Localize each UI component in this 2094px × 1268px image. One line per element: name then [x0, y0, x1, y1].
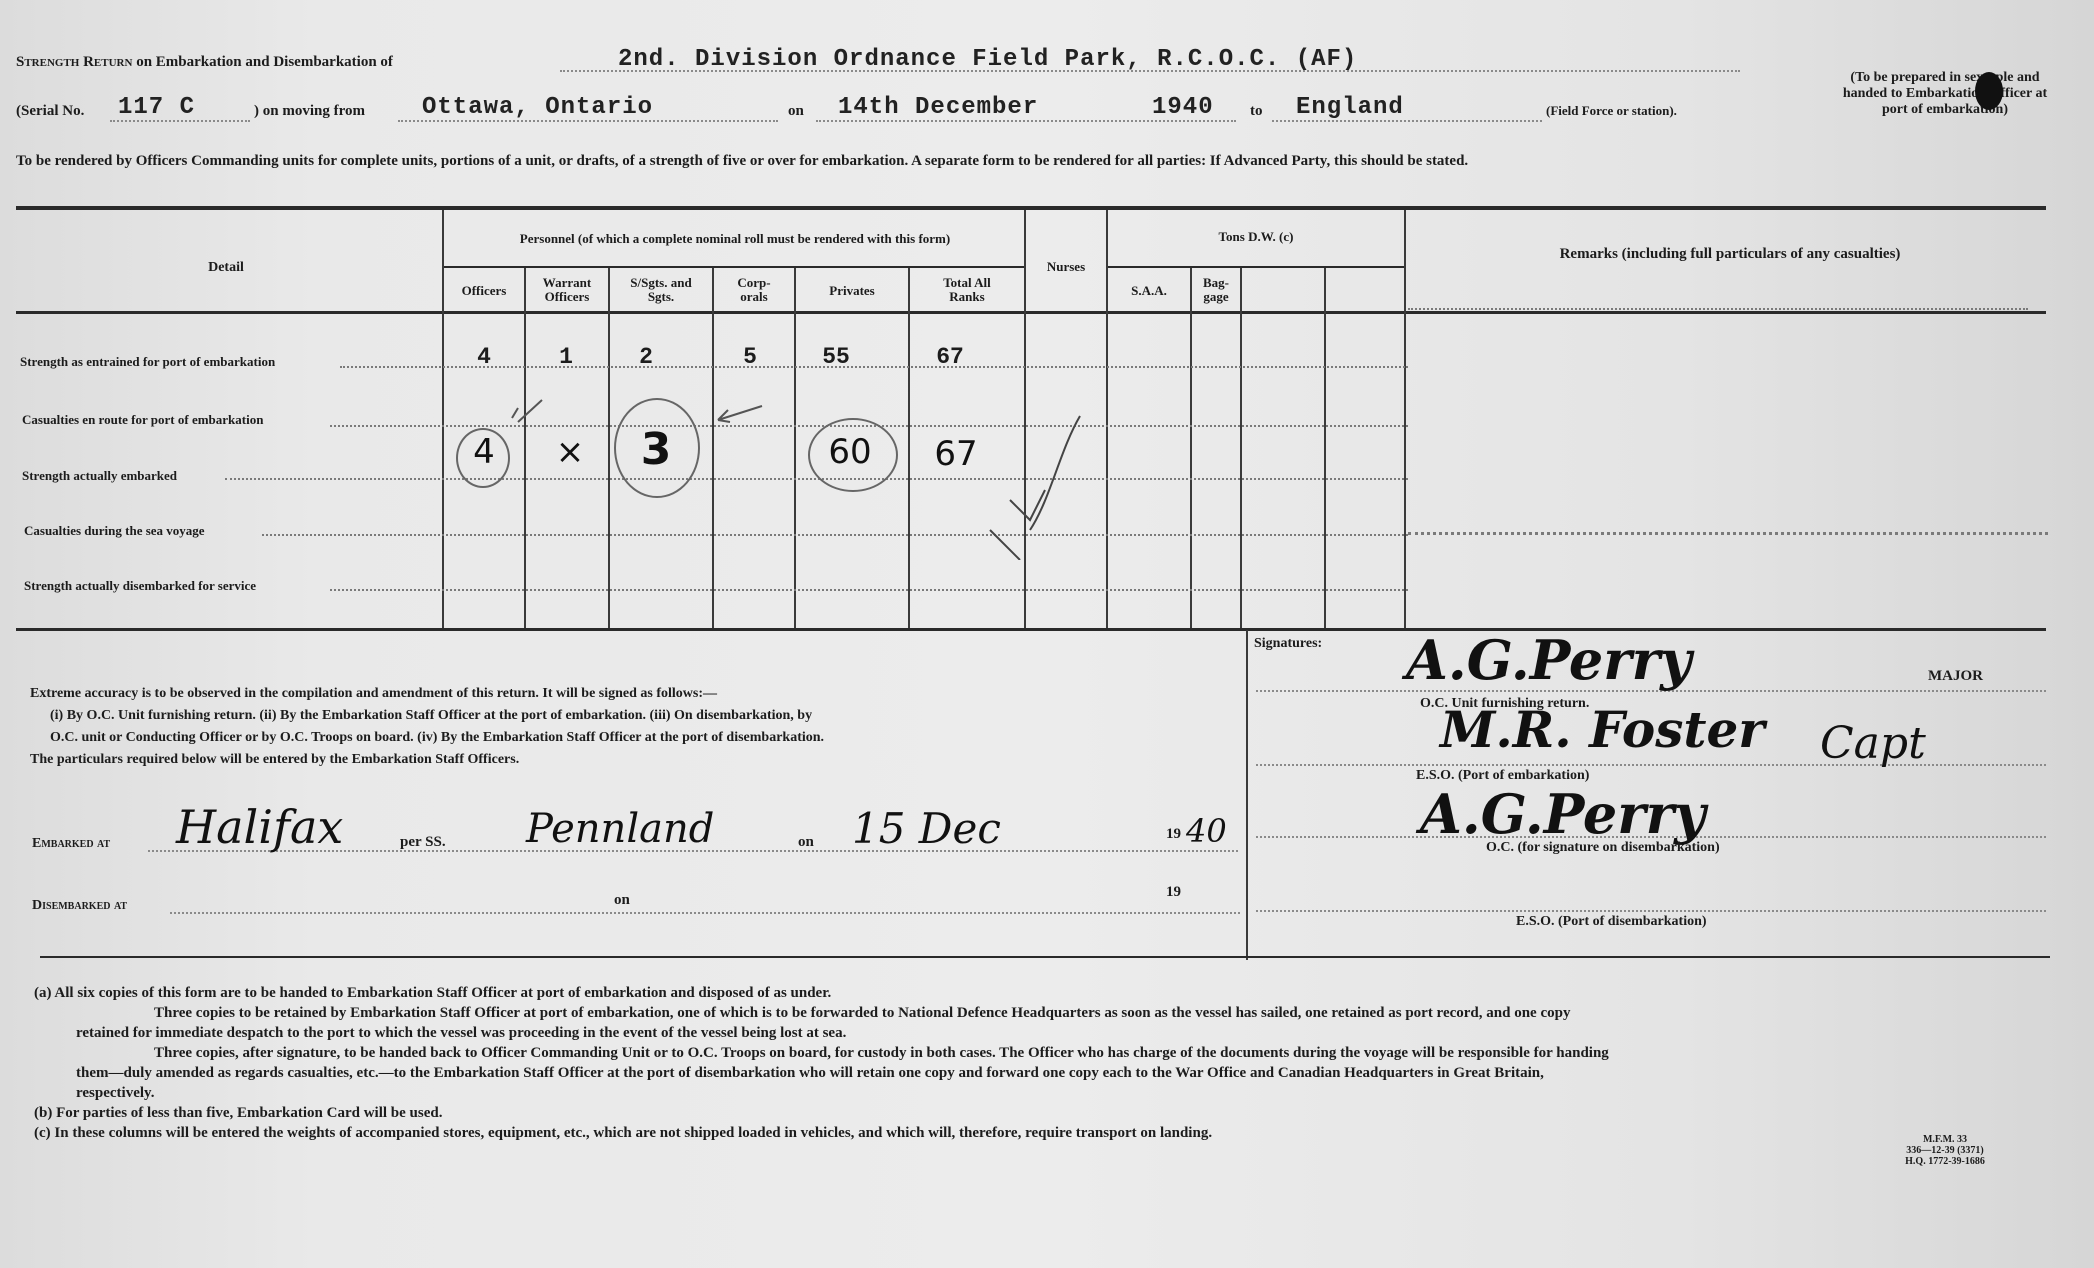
col-total: Total All Ranks	[910, 276, 1024, 304]
cell-entrained-privates: 55	[796, 344, 876, 370]
footnote-a-1: (a) All six copies of this form are to b…	[34, 984, 2054, 1003]
moving-from-value: Ottawa, Ontario	[422, 94, 653, 121]
disembarked-underline	[170, 912, 1240, 914]
col-divider	[524, 268, 526, 628]
footnote-a-2: Three copies to be retained by Embarkati…	[154, 1004, 2054, 1023]
sig2-underline	[1256, 764, 2046, 766]
side-note: (To be prepared in sextuple and handed t…	[1840, 70, 2050, 118]
signature-oc-disembarkation: A.G.Perry	[1420, 782, 1705, 846]
ship-value: Pennland	[526, 806, 714, 852]
footnote-a-6: respectively.	[76, 1084, 476, 1103]
remarks-rule	[1408, 308, 2028, 310]
title-prefix: Strength Return	[16, 54, 132, 70]
footnote-a-4: Three copies, after signature, to be han…	[154, 1044, 2054, 1063]
scribble-mark-icon	[970, 410, 1110, 560]
col-saa: S.A.A.	[1108, 284, 1190, 298]
arrow-mark-icon	[714, 402, 764, 426]
signing-line-3: O.C. unit or Conducting Officer or by O.…	[50, 728, 1250, 748]
check-mark-icon	[508, 396, 548, 426]
cell-embarked-officers: 4	[444, 432, 524, 472]
disembarked-on-label: on	[614, 892, 630, 909]
personnel-header: Personnel (of which a complete nominal r…	[470, 232, 1000, 246]
form-number-2: 336—12-39 (3371)	[1880, 1145, 2010, 1156]
per-ss-label: per SS.	[400, 834, 446, 851]
cell-entrained-corporals: 5	[710, 344, 790, 370]
disembarked-label: Disembarked at	[32, 898, 127, 914]
remarks-header: Remarks (including full particulars of a…	[1410, 246, 2050, 263]
cell-embarked-sgts: 3	[616, 424, 696, 475]
field-force-label: (Field Force or station).	[1546, 103, 1677, 119]
footnote-b: (b) For parties of less than five, Embar…	[34, 1104, 1234, 1123]
signature-eso-embarkation: M.R. Foster	[1440, 700, 1765, 759]
col-divider	[1240, 268, 1242, 628]
remarks-rule	[1408, 532, 2048, 535]
rank-major: MAJOR	[1928, 668, 1983, 685]
table-header-rule	[16, 311, 2046, 314]
row-label-embarked: Strength actually embarked	[22, 468, 177, 484]
embarked-label: Embarked at	[32, 836, 110, 852]
tons-subrule	[1108, 266, 1404, 268]
date-value: 14th December	[838, 94, 1038, 121]
cell-embarked-warrant: ×	[530, 432, 610, 472]
to-label: to	[1250, 103, 1263, 120]
embarked-date-value: 15 Dec	[852, 804, 1001, 853]
moving-from-label: ) on moving from	[254, 103, 365, 120]
signing-line-2: (i) By O.C. Unit furnishing return. (ii)…	[50, 706, 1250, 726]
footnote-a-3: retained for immediate despatch to the p…	[76, 1024, 2056, 1043]
col-divider	[442, 210, 444, 628]
form-number: M.F.M. 33 336—12-39 (3371) H.Q. 1772-39-…	[1880, 1134, 2010, 1167]
col-officers: Officers	[444, 284, 524, 298]
unit-value: 2nd. Division Ordnance Field Park, R.C.O…	[618, 46, 1357, 73]
year-prefix: 19	[1166, 826, 1181, 843]
row-rule	[225, 478, 1408, 480]
col-divider	[908, 268, 910, 628]
cell-entrained-sgts: 2	[606, 344, 686, 370]
col-corporals: Corp-orals	[714, 276, 794, 304]
embarked-year-value: 40	[1186, 812, 1227, 850]
col-warrant-officers: Warrant Officers	[526, 276, 608, 304]
destination-value: England	[1296, 94, 1404, 121]
serial-label: (Serial No.	[16, 103, 84, 120]
cell-entrained-total: 67	[910, 344, 990, 370]
row-label-casualties-sea: Casualties during the sea voyage	[24, 523, 205, 539]
rank-capt: Capt	[1820, 718, 1926, 769]
row-rule	[330, 589, 1408, 591]
cell-entrained-officers: 4	[444, 344, 524, 370]
section-divider	[1246, 630, 1248, 960]
on-label: on	[788, 103, 804, 120]
nurses-header: Nurses	[1026, 260, 1106, 274]
form-number-1: M.F.M. 33	[1880, 1134, 2010, 1145]
col-privates: Privates	[796, 284, 908, 298]
signatures-title: Signatures:	[1254, 636, 1322, 652]
disembarked-year-prefix: 19	[1166, 884, 1181, 901]
caption-eso-disembarkation: E.S.O. (Port of disembarkation)	[1516, 912, 1707, 932]
punch-hole	[1975, 72, 2003, 110]
row-label-casualties-en-route: Casualties en route for port of embarkat…	[22, 412, 263, 428]
signing-line-1: Extreme accuracy is to be observed in th…	[30, 684, 1230, 704]
table-bottom-rule	[16, 628, 2046, 631]
footnote-c: (c) In these columns will be entered the…	[34, 1124, 1734, 1143]
col-divider	[712, 268, 714, 628]
embarked-on-label: on	[798, 834, 814, 851]
col-baggage: Bag-gage	[1192, 276, 1240, 304]
row-label-disembarked: Strength actually disembarked for servic…	[24, 578, 256, 594]
row-label-entrained: Strength as entrained for port of embark…	[20, 354, 275, 370]
table-top-rule	[16, 206, 2046, 210]
cell-embarked-privates: 60	[810, 432, 890, 472]
embarked-value: Halifax	[176, 800, 343, 854]
signing-line-4: The particulars required below will be e…	[30, 750, 1230, 770]
col-divider	[794, 268, 796, 628]
row-rule	[262, 534, 1408, 536]
footnote-a-5: them—duly amended as regards casualties,…	[76, 1064, 2056, 1083]
personnel-subrule	[442, 266, 1024, 268]
cell-entrained-warrant: 1	[526, 344, 606, 370]
tons-header: Tons D.W. (c)	[1108, 230, 1404, 244]
detail-header: Detail	[16, 260, 436, 276]
caption-oc-disembarkation: O.C. (for signature on disembarkation)	[1486, 838, 1720, 858]
col-divider	[1404, 210, 1406, 628]
col-sgts: S/Sgts. and Sgts.	[610, 276, 712, 304]
footer-rule	[40, 956, 2050, 958]
col-divider	[1324, 268, 1326, 628]
form-number-3: H.Q. 1772-39-1686	[1880, 1156, 2010, 1167]
year-value: 1940	[1152, 94, 1214, 121]
title-text: on Embarkation and Disembarkation of	[136, 54, 393, 70]
signature-oc-unit: A.G.Perry	[1406, 628, 1691, 692]
col-divider	[1190, 268, 1192, 628]
serial-value: 117 C	[118, 94, 195, 121]
instructions: To be rendered by Officers Commanding un…	[16, 152, 1756, 170]
